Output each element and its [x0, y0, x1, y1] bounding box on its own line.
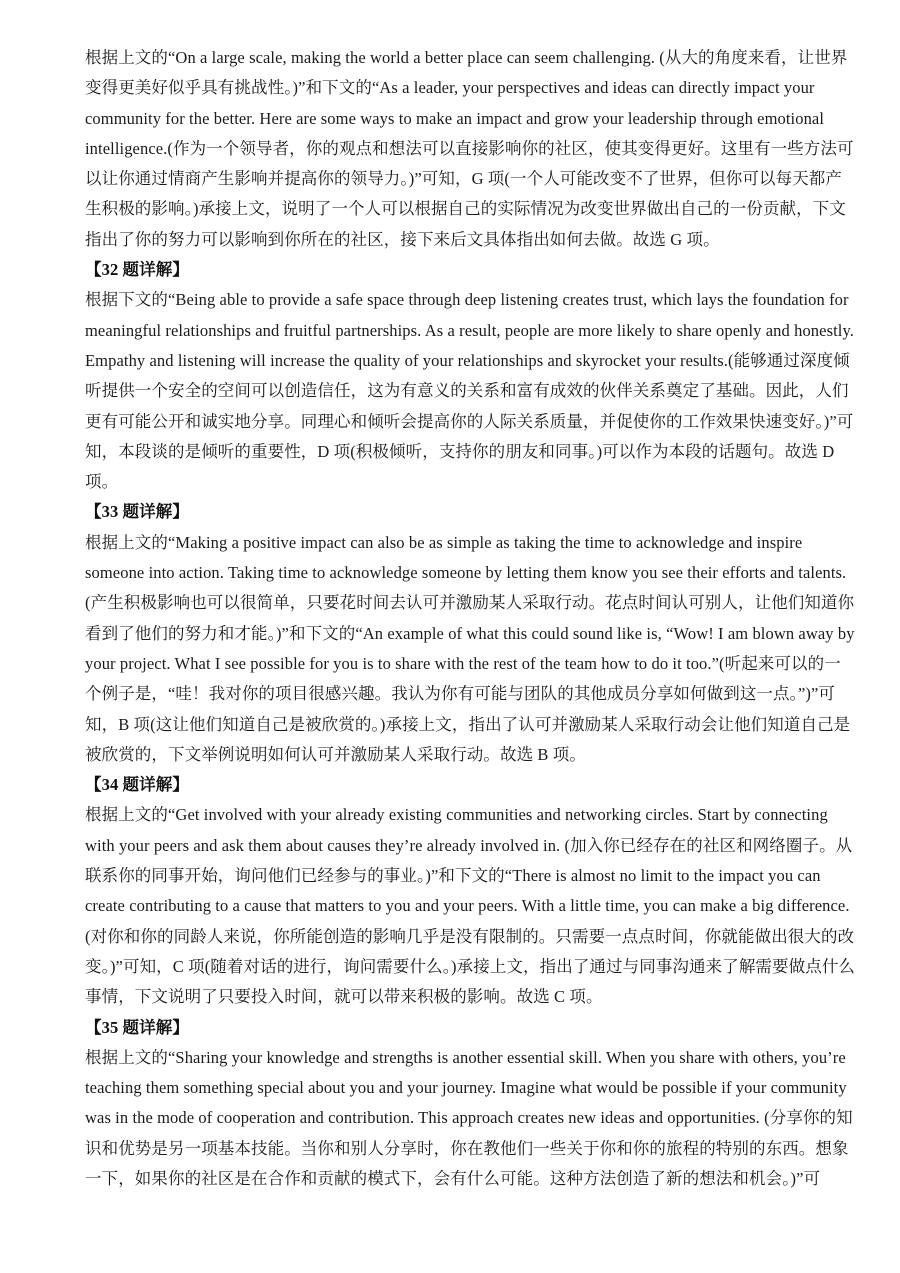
explanation-paragraph: 根据上文的“Sharing your knowledge and strengt…	[85, 1043, 857, 1194]
section-heading: 【32 题详解】	[85, 255, 857, 285]
explanation-paragraph: 根据上文的“Making a positive impact can also …	[85, 528, 857, 770]
explanation-paragraph: 根据上文的“On a large scale, making the world…	[85, 43, 857, 255]
explanation-paragraph: 根据上文的“Get involved with your already exi…	[85, 800, 857, 1012]
document-body: 根据上文的“On a large scale, making the world…	[85, 43, 857, 1194]
section-heading: 【34 题详解】	[85, 770, 857, 800]
document-page: 根据上文的“On a large scale, making the world…	[0, 0, 900, 1273]
section-heading: 【35 题详解】	[85, 1013, 857, 1043]
explanation-paragraph: 根据下文的“Being able to provide a safe space…	[85, 285, 857, 497]
section-heading: 【33 题详解】	[85, 497, 857, 527]
